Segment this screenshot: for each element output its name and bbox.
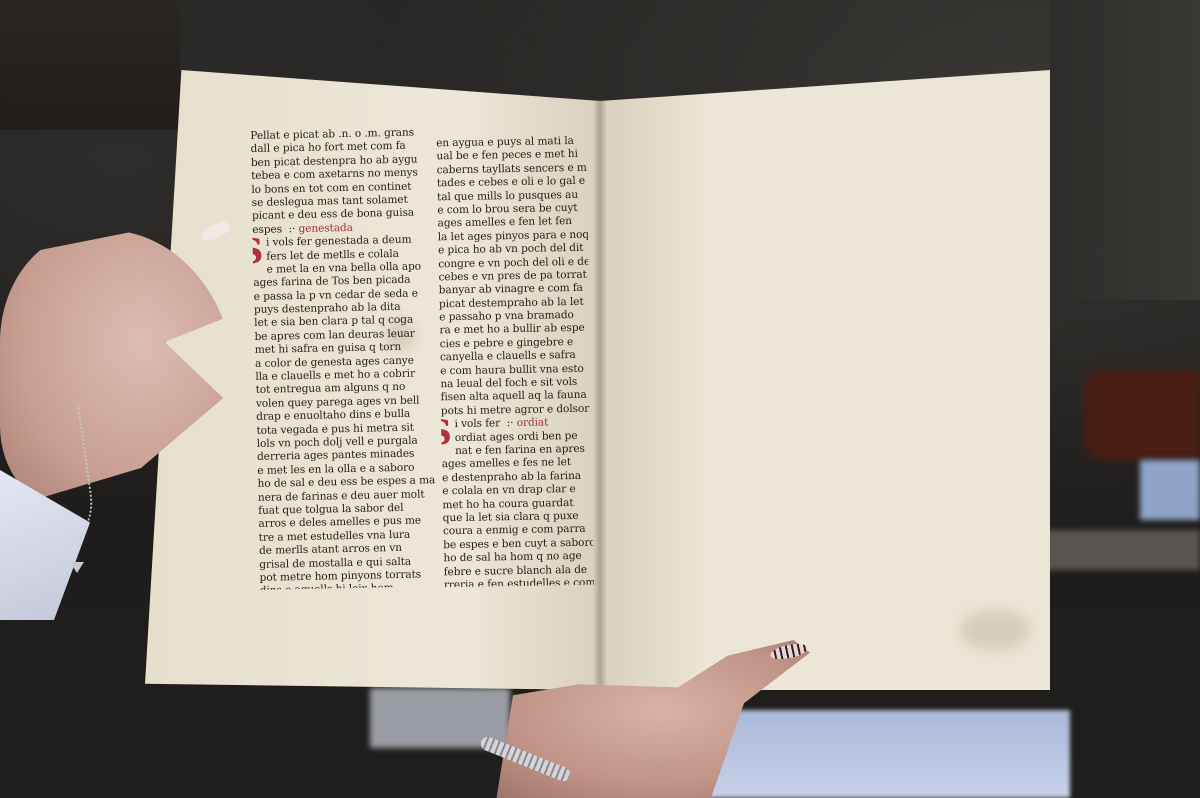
left-page: Pellat e picat ab .n. o .m. gransdall e … (145, 70, 600, 690)
line-text: ages amelles e fes ne let (442, 456, 571, 470)
line-text: pot metre hom pinyons torrats (259, 568, 421, 583)
bracelet-charm (70, 562, 84, 573)
line-text: puys destenpraho ab la dita (254, 301, 401, 316)
background-table (1040, 530, 1200, 570)
line-text: e passaho p vna bramado (439, 309, 574, 323)
line-text: congre e vn poch del oli e deles (438, 255, 594, 270)
line-text: met ho ha coura guardat (442, 497, 573, 511)
line-text: ra e met ho a bullir ab espe (439, 322, 584, 337)
open-manuscript: Pellat e picat ab .n. o .m. gransdall e … (145, 70, 1050, 690)
line-text: ho de sal ha hom q no age (443, 550, 581, 564)
left-page-column-1: Pellat e picat ab .n. o .m. gransdall e … (250, 126, 445, 590)
line-text: e com lo brou sera be cuyt (437, 202, 577, 216)
background-bookshelf (1050, 0, 1200, 300)
line-text: fisen alta aquell aq la fauna (441, 389, 587, 404)
line-text: rreria e fen estudelles e com (444, 577, 594, 588)
line-text: la let ages pinyos para e noq (438, 228, 589, 243)
line-text: pots hi metre agror e dolsor (441, 403, 589, 418)
line-text: i vols fer genestada a deum (266, 234, 412, 249)
line-text: caberns tayllats sencers e mu (437, 161, 594, 176)
line-text: e colala en vn drap clar e (442, 483, 576, 497)
line-text: na leual del foch e sit vols (440, 376, 577, 390)
line-text: fers let de metlls e colala (266, 247, 399, 262)
line-text: ages amelles e fen let fen (437, 215, 572, 229)
line-text: de merlls atant arros en vn (259, 542, 402, 557)
page-stain (960, 610, 1030, 650)
line-text: que la let sia clara q puxe (443, 510, 579, 524)
line-text: e destenpraho ab la farina (442, 470, 581, 484)
book-gutter (593, 100, 607, 690)
line-text: be espes e ben cuyt a saboro (443, 536, 594, 551)
line-text: cies e pebre e gingebre e (440, 336, 574, 350)
line-text: tades e cebes e oli e lo gal e (437, 175, 585, 190)
manuscript-line: rreria e fen estudelles e com (444, 577, 594, 588)
line-text: i vols fer (454, 417, 500, 430)
line-text: e com haura bullit vna esto (440, 362, 584, 377)
background-window-light (1140, 460, 1200, 520)
line-text: coura a enmig e com parra (443, 523, 586, 537)
line-text: cebes e vn pres de pa torrat (438, 269, 586, 284)
rubric-heading: genestada (298, 222, 353, 235)
background-floor-light (690, 710, 1070, 798)
rubric-heading: ordiat (517, 417, 549, 430)
right-page: 114 cxxvi ages lardi ben parat e netque … (600, 70, 1050, 690)
line-text: nat e fen farina en apres (455, 443, 585, 457)
line-text: febre e sucre blanch ala de (444, 563, 588, 578)
line-text: fuat que tolgua la sabor del (258, 502, 404, 517)
line-text: tal que mills lo pusques au (437, 188, 578, 202)
line-text: picant e deu ess de bona guisa (252, 207, 414, 222)
illuminated-initial: S (250, 237, 263, 268)
line-text: canyella e clauells e safra (440, 349, 576, 363)
line-text: espes (252, 223, 282, 236)
left-page-column-2: en aygua e puys al mati laual be e fen p… (436, 135, 594, 588)
line-text: e pica ho ab vn poch del dit (438, 242, 584, 257)
background-red-cushion (1085, 370, 1200, 460)
line-text: ual be e fen peces e met hi (436, 148, 578, 162)
line-text: picat destempraho ab la let (439, 295, 584, 310)
line-text: met hi safra en guisa q torn (255, 341, 402, 356)
line-text: banyar ab vinagre e com fa (439, 282, 583, 297)
line-text: en aygua e puys al mati la (436, 135, 574, 149)
line-text: ordiat ages ordi ben pe (455, 430, 578, 444)
